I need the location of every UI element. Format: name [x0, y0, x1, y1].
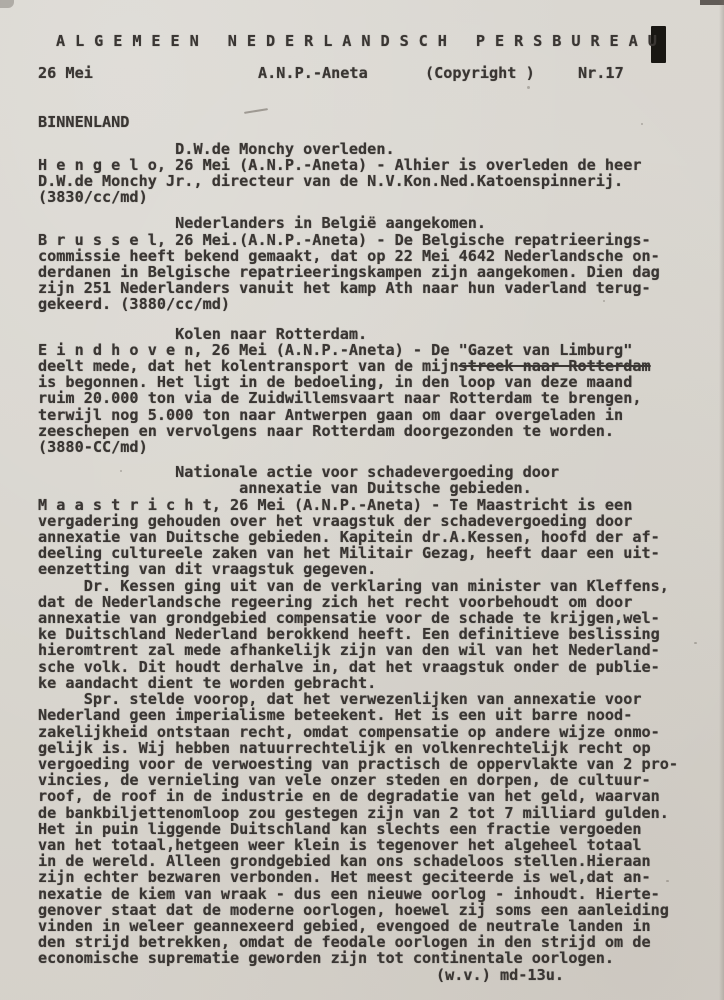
signoff: (w.v.) md-13u. — [38, 967, 724, 983]
article-annexatie: Nationale actie voor schadevergoeding do… — [38, 464, 724, 966]
issue-date: 26 Mei — [38, 65, 93, 81]
issue-header: 26 Mei A.N.P.-Aneta (Copyright ) Nr.17 — [38, 65, 724, 81]
copyright-label: (Copyright ) — [425, 65, 535, 81]
article-lines: Nederlanders in België aangekomen.B r u … — [38, 215, 724, 312]
corrected-line: deelt mede, dat het kolentransport van d… — [38, 358, 724, 374]
bureau-title: A L G E M E E N N E D E R L A N D S C H … — [38, 33, 724, 49]
typewritten-content: A L G E M E E N N E D E R L A N D S C H … — [0, 0, 724, 983]
document-page: A L G E M E E N N E D E R L A N D S C H … — [0, 0, 724, 1000]
section-label: BINNENLAND — [38, 114, 724, 130]
article-lines: D.W.de Monchy overleden.H e n g e l o, 2… — [38, 141, 724, 206]
article-lines: is begonnen. Het ligt in de bedoeling, i… — [38, 374, 724, 455]
article-belgie: Nederlanders in België aangekomen.B r u … — [38, 215, 724, 312]
agency-name: A.N.P.-Aneta — [258, 65, 368, 81]
issue-number: Nr.17 — [578, 65, 624, 81]
article-monchy: D.W.de Monchy overleden.H e n g e l o, 2… — [38, 141, 724, 206]
article-lines: Nationale actie voor schadevergoeding do… — [38, 464, 724, 966]
article-lines: Kolen naar Rotterdam.E i n d h o v e n, … — [38, 326, 724, 358]
article-kolen: Kolen naar Rotterdam.E i n d h o v e n, … — [38, 326, 724, 456]
